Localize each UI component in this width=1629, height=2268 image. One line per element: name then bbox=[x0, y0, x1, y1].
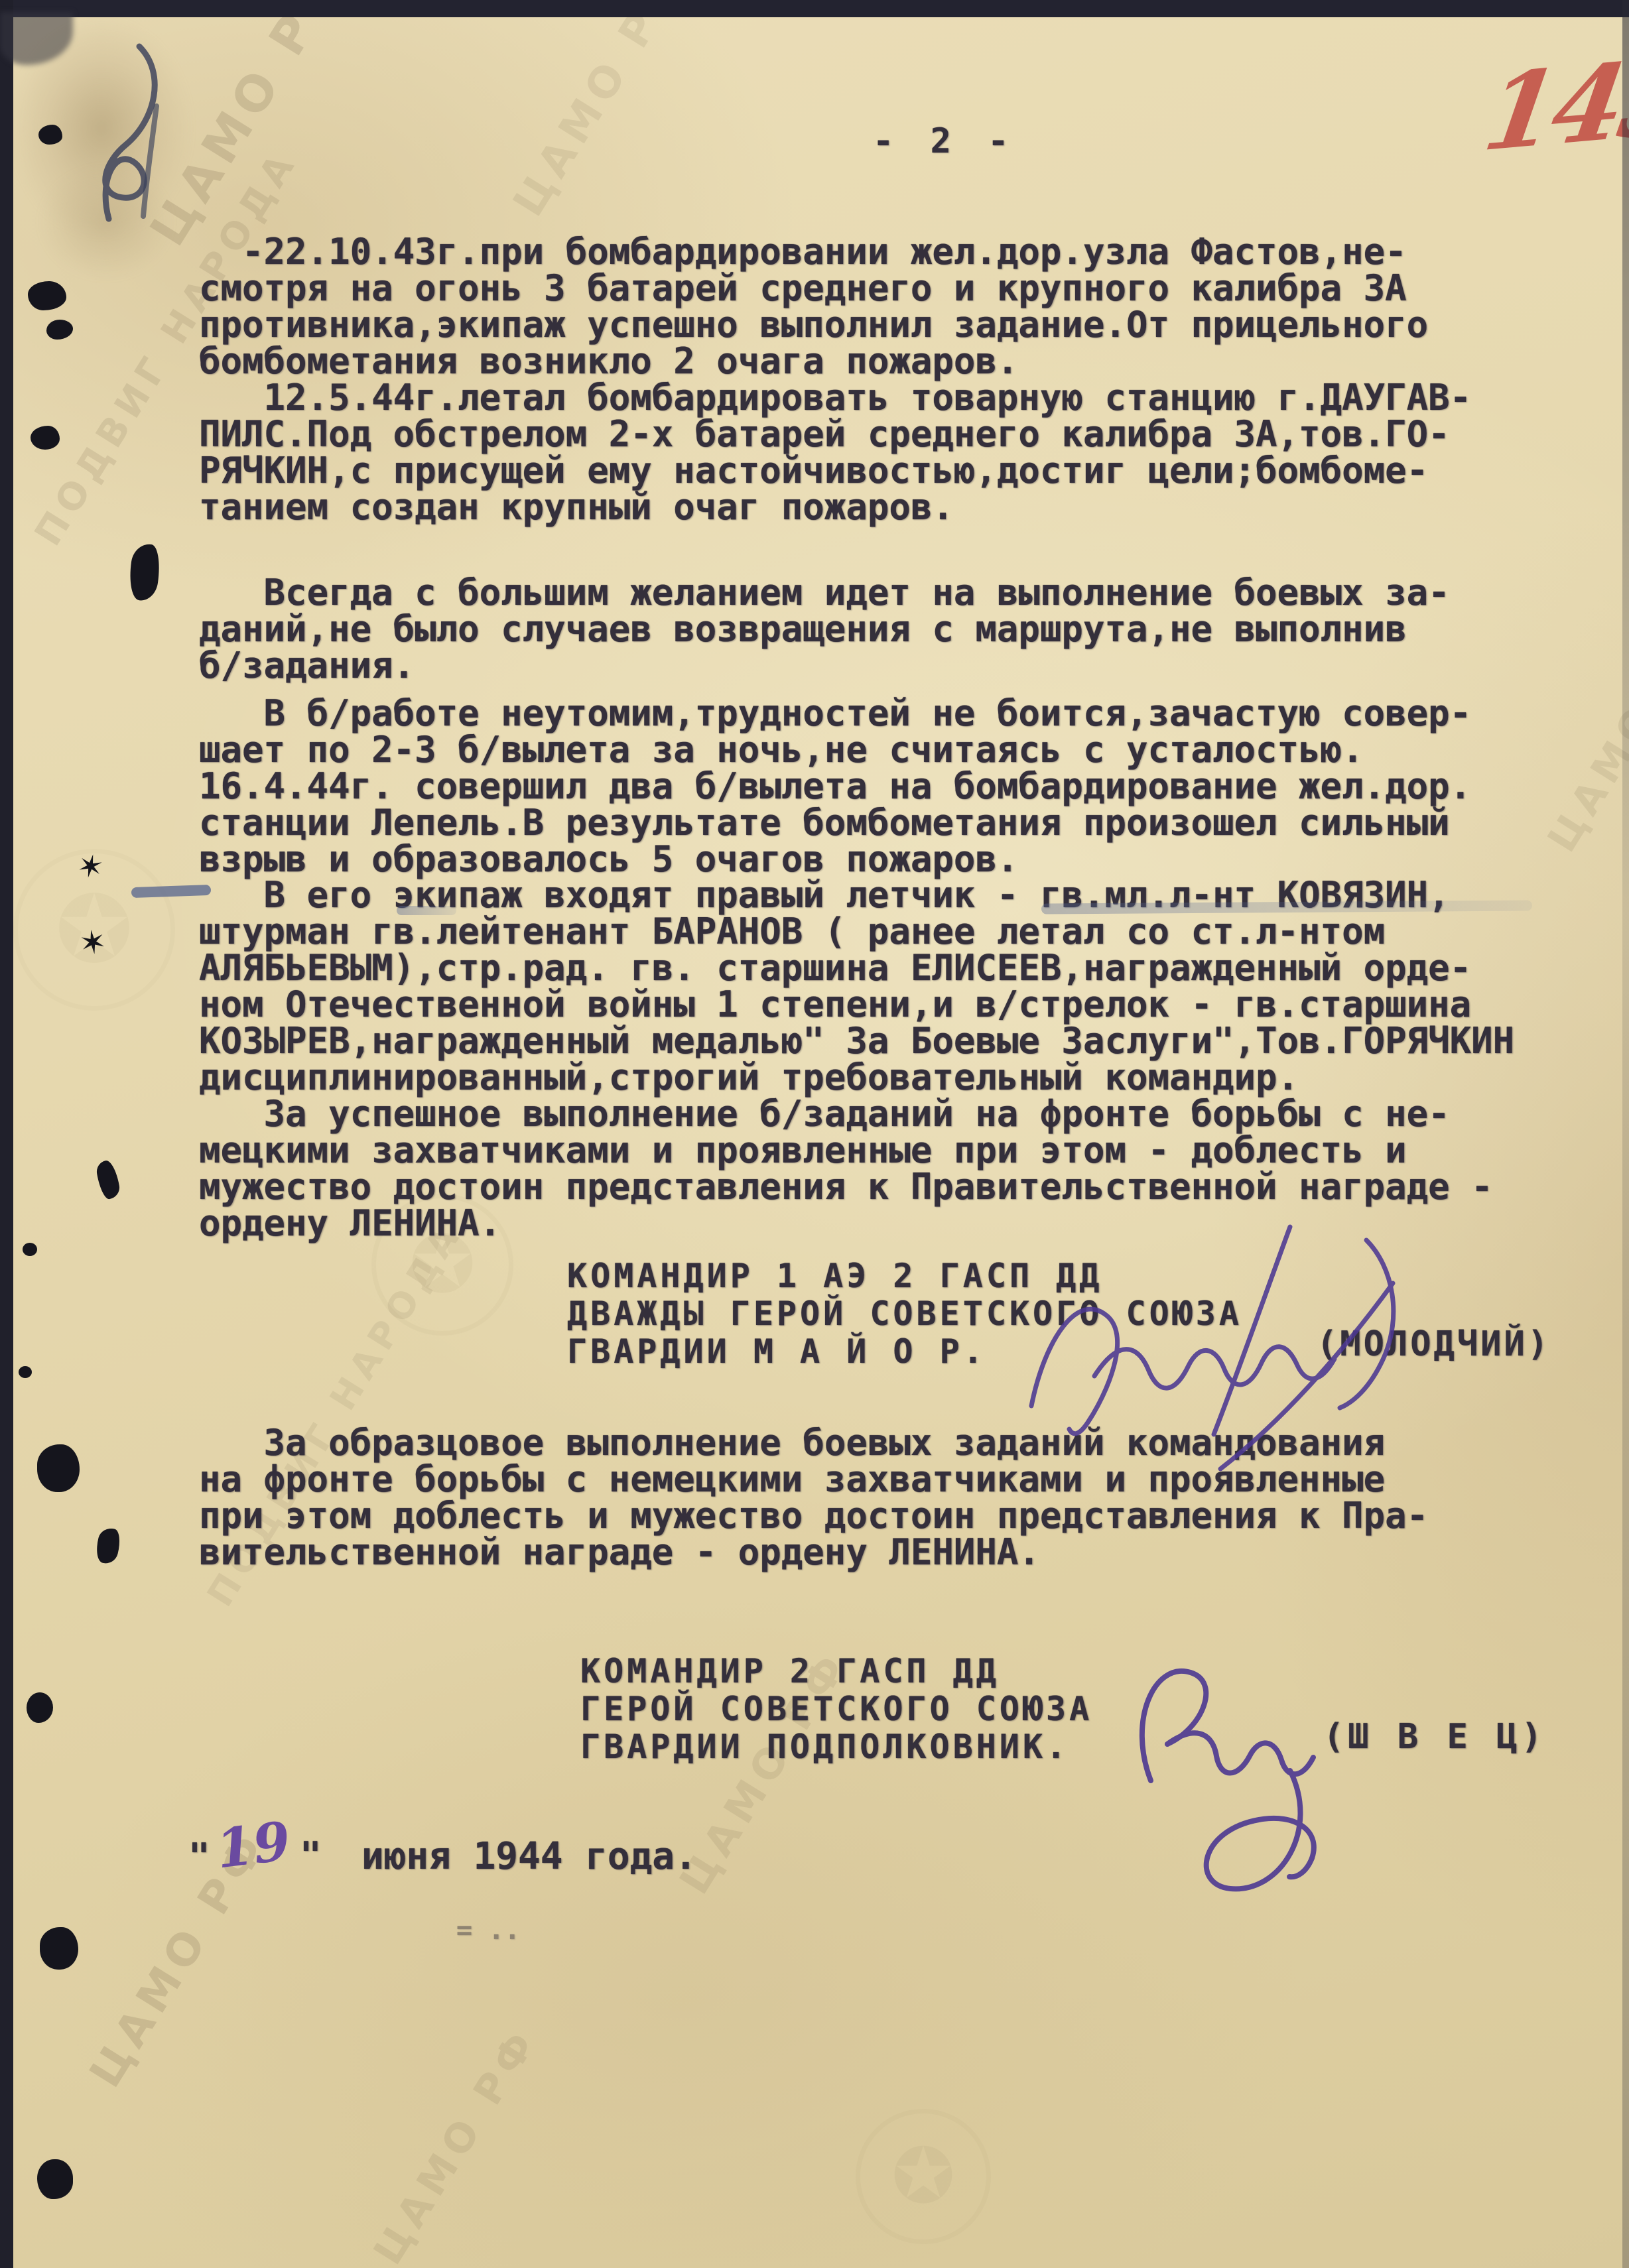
page-number: - 2 - bbox=[873, 123, 1017, 160]
paragraph-sortie-fastov-daugavpils: -22.10.43г.при бомбардировании жел.дор.у… bbox=[199, 233, 1471, 525]
folio-number-red: 143 bbox=[1478, 43, 1629, 165]
punch-hole bbox=[37, 1444, 80, 1492]
scan-edge-top bbox=[0, 0, 1629, 17]
ink-blot bbox=[93, 1526, 123, 1566]
watermark-camo: ЦАМО РФ bbox=[1539, 607, 1629, 860]
paragraph-always-willing: Всегда с большим желанием идет на выполн… bbox=[199, 574, 1450, 684]
date-day-handwritten: 19 bbox=[214, 1814, 293, 1876]
paragraph-tireless-lepel: В б/работе неутомим,трудностей не боится… bbox=[199, 695, 1471, 877]
ink-blot bbox=[95, 1159, 121, 1200]
stray-typed-artifact: = .. bbox=[456, 1913, 520, 1949]
ink-blot bbox=[46, 320, 73, 340]
date-open-quote: " bbox=[188, 1838, 210, 1875]
ink-blot bbox=[19, 1366, 32, 1378]
date-text: июня 1944 года. bbox=[361, 1838, 697, 1875]
date-close-quote: " bbox=[300, 1837, 322, 1873]
blue-pencil-smudge bbox=[397, 906, 456, 915]
signature-molodchiy-ink bbox=[995, 1204, 1459, 1482]
punch-hole bbox=[31, 426, 60, 450]
watermark-camo: ЦАМО РФ bbox=[365, 2019, 547, 2268]
punch-hole bbox=[40, 1927, 78, 1970]
scanned-award-document-page: ЦАМО РФ ЦАМО РФ ПОДВИГ НАРОДА ЦАМО РФ ✪ … bbox=[0, 0, 1629, 2268]
ink-blot bbox=[38, 125, 62, 145]
signature-shvets-ink bbox=[1061, 1611, 1380, 1917]
watermark-camo: ЦАМО РФ bbox=[504, 0, 696, 225]
signature-block-commander-2gasp: КОМАНДИР 2 ГАСП ДД ГЕРОЙ СОВЕТСКОГО СОЮЗ… bbox=[580, 1653, 1092, 1766]
punch-hole bbox=[27, 1692, 53, 1723]
punch-hole bbox=[37, 2159, 73, 2199]
ink-blot bbox=[23, 1243, 37, 1256]
ink-blot bbox=[126, 542, 163, 602]
punch-hole bbox=[28, 281, 66, 310]
scan-edge-left bbox=[0, 0, 13, 2268]
star-icon: ✪ bbox=[891, 2132, 955, 2221]
scan-edge-right bbox=[1622, 0, 1629, 2268]
watermark-star-emblem: ✪ bbox=[856, 2109, 991, 2244]
